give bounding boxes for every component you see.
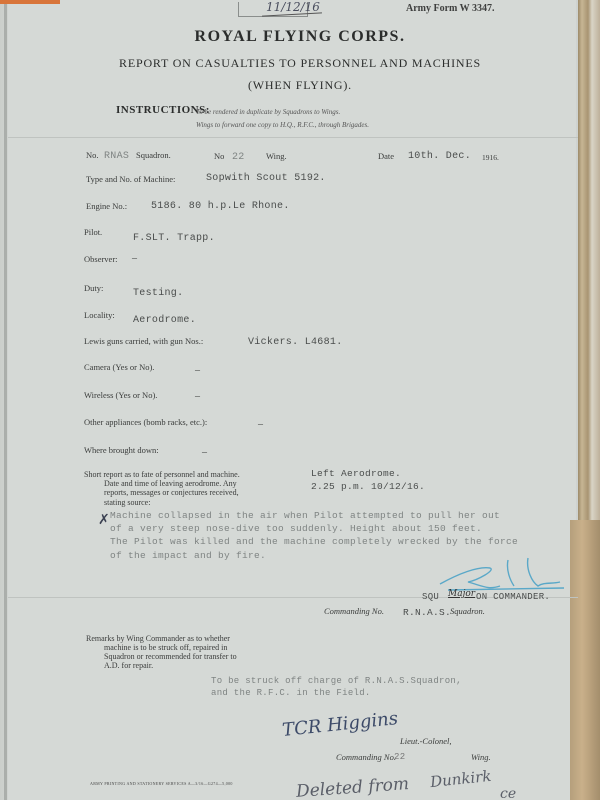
commanding-wing-label: Commanding No.	[336, 752, 396, 762]
wing-value: 22	[232, 152, 245, 163]
remarks-body-line: To be struck off charge of R.N.A.S.Squad…	[211, 676, 462, 686]
machine-value: Sopwith Scout 5192.	[206, 173, 326, 184]
date-value: 10th. Dec.	[408, 151, 471, 162]
wing-commander-rank: Lieut.-Colonel,	[400, 736, 451, 746]
commanding-wing-value: 22	[394, 752, 405, 762]
report-label-line: reports, messages or conjectures receive…	[104, 488, 239, 498]
remarks-body-line: and the R.F.C. in the Field.	[211, 688, 371, 698]
instructions-line: To be rendered in duplicate by Squadrons…	[196, 108, 340, 116]
binding-edge	[4, 0, 7, 800]
report-body-line: The Pilot was killed and the machine com…	[110, 536, 518, 547]
pilot-value: F.SLT. Trapp.	[133, 233, 215, 244]
brought-down-value: –	[202, 447, 207, 458]
squadron-label: Squadron.	[136, 150, 171, 160]
duty-value: Testing.	[133, 288, 183, 299]
cross-mark-icon: ✗	[98, 512, 110, 528]
observer-label: Observer:	[84, 254, 118, 264]
commanding-squadron-value: R.N.A.S.	[403, 607, 451, 618]
brought-down-label: Where brought down:	[84, 445, 159, 455]
folder-tab-edge	[0, 0, 60, 4]
report-body-line: Machine collapsed in the air when Pilot …	[110, 510, 500, 521]
fold-line	[8, 137, 578, 138]
commanding-wing-suffix: Wing.	[471, 752, 491, 762]
no-label: No.	[86, 150, 99, 160]
duty-label: Duty:	[84, 283, 103, 293]
pilot-label: Pilot.	[84, 227, 102, 237]
date-year: 1916.	[482, 153, 499, 162]
appliances-value: –	[258, 419, 263, 430]
commander-title-typed: SQU	[422, 592, 439, 602]
engine-label: Engine No.:	[86, 201, 127, 211]
guns-value: Vickers. L4681.	[248, 337, 343, 348]
report-body-line: of the impact and by fire.	[110, 550, 266, 561]
date-stamp: 11/12/16	[266, 0, 320, 14]
handwritten-note-suffix: ce	[500, 786, 516, 800]
folder-edge-lower	[570, 520, 600, 800]
wireless-value: –	[195, 391, 200, 402]
locality-label: Locality:	[84, 310, 115, 320]
report-subtitle-when-flying: (WHEN FLYING).	[0, 78, 600, 93]
guns-label: Lewis guns carried, with gun Nos.:	[84, 336, 203, 346]
locality-value: Aerodrome.	[133, 315, 196, 326]
report-subtitle: REPORT ON CASUALTIES TO PERSONNEL AND MA…	[0, 56, 600, 71]
left-aerodrome-time: 2.25 p.m. 10/12/16.	[311, 481, 425, 492]
observer-value: –	[132, 253, 137, 264]
form-number: Army Form W 3347.	[406, 3, 495, 14]
commanding-squadron-label: Commanding No.	[324, 606, 384, 616]
left-aerodrome-line: Left Aerodrome.	[311, 468, 401, 479]
squadron-value: RNAS	[104, 151, 129, 162]
wing-no-label: No	[214, 151, 224, 161]
page-title: ROYAL FLYING CORPS.	[0, 28, 600, 46]
wing-label: Wing.	[266, 151, 287, 161]
engine-value: 5186. 80 h.p.Le Rhone.	[151, 201, 290, 212]
camera-value: –	[195, 365, 200, 376]
scanned-page: 11/12/16 Army Form W 3347. ROYAL FLYING …	[0, 0, 600, 800]
report-label-line: stating source:	[104, 498, 150, 508]
commanding-squadron-suffix: Squadron.	[450, 606, 485, 616]
wireless-label: Wireless (Yes or No).	[84, 390, 157, 400]
date-label: Date	[378, 151, 394, 161]
squadron-commander-signature-text: G. C. Grant	[432, 566, 438, 567]
commander-title-handwritten: Major	[448, 589, 475, 599]
machine-label: Type and No. of Machine:	[86, 174, 175, 184]
remarks-label-line: A.D. for repair.	[104, 661, 153, 671]
commander-title-rest: ON COMMANDER.	[476, 592, 550, 602]
printer-line: ARMY PRINTING AND STATIONERY SERVICES A—…	[90, 781, 233, 786]
instructions-line: Wings to forward one copy to H.Q., R.F.C…	[196, 121, 369, 129]
camera-label: Camera (Yes or No).	[84, 362, 154, 372]
appliances-label: Other appliances (bomb racks, etc.):	[84, 417, 207, 427]
report-body-line: of a very steep nose-dive too suddenly. …	[110, 523, 482, 534]
